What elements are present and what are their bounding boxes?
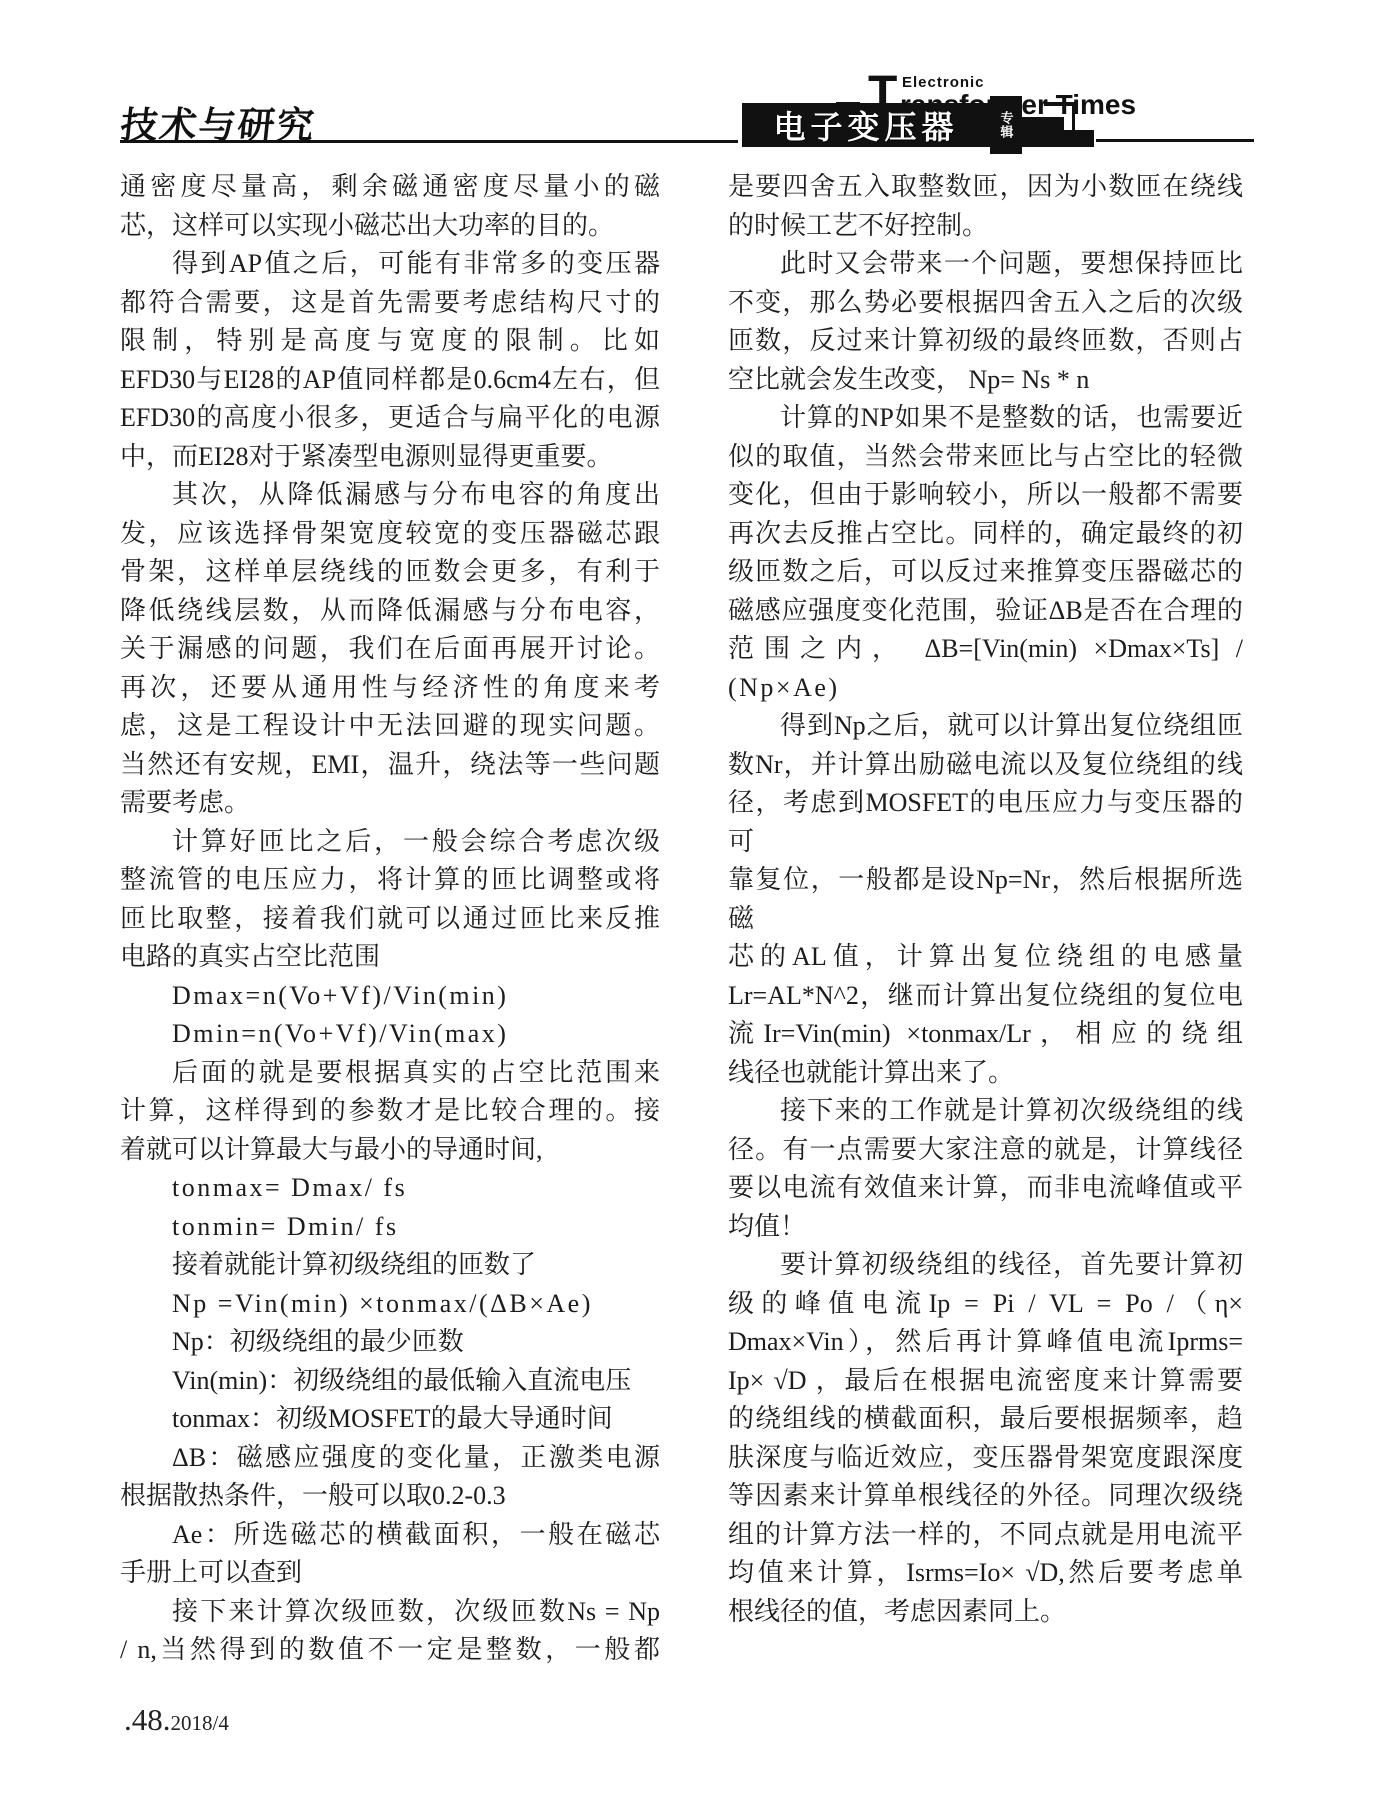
text-line: 芯，这样可以实现小磁芯出大功率的目的。 [120,207,660,246]
text-line: 径。有一点需要大家注意的就是，计算线径 [728,1131,1243,1170]
text-line: 手册上可以查到 [120,1554,660,1593]
text-line: 此时又会带来一个问题，要想保持匝比 [728,245,1243,284]
text-line: EFD30的高度小很多，更适合与扁平化的电源 [120,399,660,438]
text-line: 接下来的工作就是计算初次级绕组的线 [728,1092,1243,1131]
text-line: 均值来计算，Isrms=Io× √D,然后要考虑单 [728,1554,1243,1593]
article-column-right: 是要四舍五入取整数匝，因为小数匝在绕线的时候工艺不好控制。此时又会带来一个问题，… [728,168,1243,1631]
text-line: EFD30与EI28的AP值同样都是0.6cm4左右，但 [120,361,660,400]
text-line: 计算的NP如果不是整数的话，也需要近 [728,399,1243,438]
text-line: (Np×Ae) [728,669,1243,708]
text-line: Ip× √D ，最后在根据电流密度来计算需要 [728,1362,1243,1401]
text-line: 关于漏感的问题，我们在后面再展开讨论。 [120,630,660,669]
text-line: 得到AP值之后，可能有非常多的变压器 [120,245,660,284]
text-line: 径，考虑到MOSFET的电压应力与变压器的可 [728,784,1243,861]
text-line: Dmax=n(Vo+Vf)/Vin(min) [120,977,660,1016]
header-rule-left [120,140,738,143]
text-line: 后面的就是要根据真实的占空比范围来 [120,1054,660,1093]
text-line: 降低绕线层数，从而降低漏感与分布电容， [120,592,660,631]
text-line: 似的取值，当然会带来匝比与占空比的轻微 [728,438,1243,477]
text-line: 都符合需要，这是首先需要考虑结构尺寸的 [120,284,660,323]
text-line: 骨架，这样单层绕线的匝数会更多，有利于 [120,553,660,592]
text-line: 级的峰值电流Ip = Pi / VL = Po /（η× [728,1285,1243,1324]
magazine-logo-cn: 电子变压器 [742,103,990,147]
text-line: 再次去反推占空比。同样的，确定最终的初 [728,515,1243,554]
text-line: 再次，还要从通用性与经济性的角度来考 [120,669,660,708]
text-line: 的时候工艺不好控制。 [728,207,1243,246]
text-line: 要计算初级绕组的线径，首先要计算初 [728,1246,1243,1285]
text-line: 是要四舍五入取整数匝，因为小数匝在绕线 [728,168,1243,207]
text-line: ΔB：磁感应强度的变化量，正激类电源 [120,1439,660,1478]
text-line: 当然还有安规，EMI，温升，绕法等一些问题 [120,746,660,785]
text-line: 范围之内， ΔB=[Vin(min) ×Dmax×Ts] / [728,630,1243,669]
text-line: 肤深度与临近效应，变压器骨架宽度跟深度 [728,1439,1243,1478]
text-line: Np =Vin(min) ×tonmax/(ΔB×Ae) [120,1285,660,1324]
logo-step-block-2 [1064,130,1094,147]
text-line: 不变，那么势必要根据四舍五入之后的次级 [728,284,1243,323]
text-line: tonmax：初级MOSFET的最大导通时间 [120,1400,660,1439]
text-line: 发，应该选择骨架宽度较宽的变压器磁芯跟 [120,515,660,554]
page-number: .48. [124,1702,171,1737]
text-line: 接着就能计算初级绕组的匝数了 [120,1246,660,1285]
text-line: / n,当然得到的数值不一定是整数，一般都 [120,1631,660,1670]
logo-dash-right [1044,102,1074,106]
text-line: 的绕组线的横截面积，最后要根据频率，趋 [728,1400,1243,1439]
logo-step-block-1 [1022,117,1064,147]
text-line: 要以电流有效值来计算，而非电流峰值或平 [728,1169,1243,1208]
text-line: 等因素来计算单根线径的外径。同理次级绕 [728,1477,1243,1516]
text-line: 线径也就能计算出来了。 [728,1054,1243,1093]
text-line: tonmin= Dmin/ fs [120,1208,660,1247]
text-line: 电路的真实占空比范围 [120,938,660,977]
text-line: 匝比取整，接着我们就可以通过匝比来反推 [120,900,660,939]
text-line: 靠复位，一般都是设Np=Nr，然后根据所选磁 [728,861,1243,938]
text-line: 数Nr，并计算出励磁电流以及复位绕组的线 [728,746,1243,785]
text-line: 芯的AL值，计算出复位绕组的电感量 [728,938,1243,977]
text-line: 接下来计算次级匝数，次级匝数Ns = Np [120,1593,660,1632]
text-line: 变化，但由于影响较小，所以一般都不需要 [728,476,1243,515]
text-line: 磁感应强度变化范围，验证ΔB是否在合理的 [728,592,1243,631]
text-line: 得到Np之后，就可以计算出复位绕组匝 [728,707,1243,746]
page-footer: .48.2018/4 [124,1702,229,1738]
text-line: tonmax= Dmax/ fs [120,1169,660,1208]
text-line: 级匝数之后，可以反过来推算变压器磁芯的 [728,553,1243,592]
text-line: Dmin=n(Vo+Vf)/Vin(max) [120,1015,660,1054]
magazine-logo-cn-tab: 专辑 [990,96,1022,154]
text-line: 整流管的电压应力，将计算的匝比调整或将 [120,861,660,900]
magazine-logo-cn-text: 电子变压器 [773,102,958,148]
text-line: 根据散热条件，一般可以取0.2-0.3 [120,1477,660,1516]
text-line: 需要考虑。 [120,784,660,823]
text-line: 均值！ [728,1208,1243,1247]
text-line: 组的计算方法一样的，不同点就是用电流平 [728,1516,1243,1555]
text-line: 限制，特别是高度与宽度的限制。比如 [120,322,660,361]
text-line: 通密度尽量高，剩余磁通密度尽量小的磁 [120,168,660,207]
text-line: 流Ir=Vin(min) ×tonmax/Lr，相应的绕组 [728,1015,1243,1054]
text-line: Np：初级绕组的最少匝数 [120,1323,660,1362]
issue-label: 2018/4 [171,1711,229,1735]
text-line: 空比就会发生改变， Np= Ns * n [728,361,1243,400]
article-column-left: 通密度尽量高，剩余磁通密度尽量小的磁芯，这样可以实现小磁芯出大功率的目的。得到A… [120,168,660,1670]
text-line: 根线径的值，考虑因素同上。 [728,1593,1243,1632]
text-line: 计算，这样得到的参数才是比较合理的。接 [120,1092,660,1131]
text-line: 其次，从降低漏感与分布电容的角度出 [120,476,660,515]
text-line: Dmax×Vin），然后再计算峰值电流Iprms= [728,1323,1243,1362]
header-rule-right [1096,139,1254,142]
text-line: 计算好匝比之后，一般会综合考虑次级 [120,823,660,862]
text-line: 匝数，反过来计算初级的最终匝数，否则占 [728,322,1243,361]
text-line: Lr=AL*N^2，继而计算出复位绕组的复位电 [728,977,1243,1016]
text-line: 着就可以计算最大与最小的导通时间, [120,1131,660,1170]
magazine-logo-cn-suffix: 专辑 [1000,111,1013,139]
magazine-page: 技术与研究 T Electronic ransformer Times 电子变压… [0,0,1380,1820]
text-line: Vin(min)：初级绕组的最低输入直流电压 [120,1362,660,1401]
text-line: 虑，这是工程设计中无法回避的现实问题。 [120,707,660,746]
text-line: Ae：所选磁芯的横截面积，一般在磁芯 [120,1516,660,1555]
text-line: 中，而EI28对于紧凑型电源则显得更重要。 [120,438,660,477]
